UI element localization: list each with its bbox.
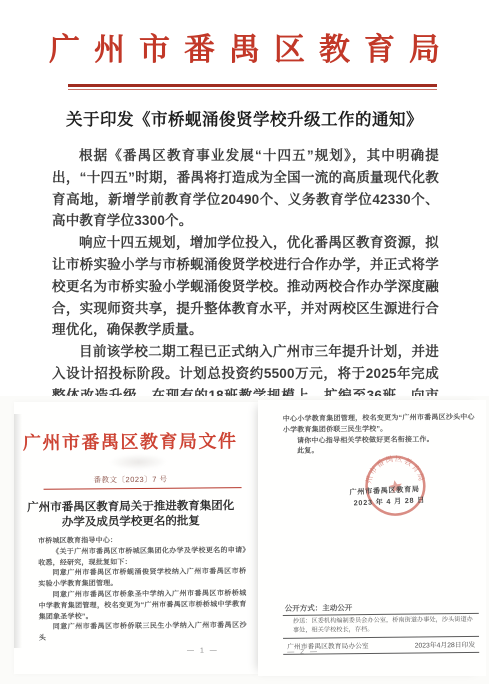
doc-title-line: 办学及成员学校更名的批复 [14,514,248,531]
doc-title: 广州市番禺区教育局关于推进教育集团化 办学及成员学校更名的批复 [14,499,248,531]
doc-red-separator [44,487,242,490]
doc2-body: 中心小学教育集团管理，校名变更为“广州市番禺区沙头中心小学教育集团侨联三民生学校… [283,413,475,458]
notice-paragraph: 响应十四五规划，增加学位投入，优化番禺区教育资源，拟让市桥实验小学与市桥蚬涌俊贤… [52,232,439,341]
doc-red-header: 广州市番禺区教育局文件 [13,427,247,455]
doc-title-line: 广州市番禺区教育局关于推进教育集团化 [14,499,248,516]
bureau-title: 广州市番禺区教育局 [0,24,489,69]
notice-paragraph: 根据《番禺区教育事业发展“十四五”规划》，其中明确提出，“十四五”时期，番禺将打… [52,145,439,232]
cc-text: 抄送：区委机构编制委员会办公室，桥南街道办事处，沙头街道办事处，相关学校校长，存… [283,614,479,639]
publicity-line: 公开方式：主动公开 [285,602,353,614]
doc-number: 番教文〔2023〕7 号 [13,473,247,486]
scanned-documents: 广州市番禺区教育局文件 番教文〔2023〕7 号 广州市番禺区教育局关于推进教育… [0,396,489,684]
doc-paragraph: 同意广州市番禺区市桥象圣中学纳入广州市番禺区市桥桥城中学教育集团管理，校名变更为… [38,589,246,623]
page-number: — 1 — [187,647,219,654]
title-divider [68,84,437,90]
doc-paragraph: 同意广州市番禺区市桥蚬涌俊贤学校纳入广州市番禺区市桥实验小学教育集团管理。 [38,567,246,590]
document-page-1: 广州市番禺区教育局文件 番教文〔2023〕7 号 广州市番禺区教育局关于推进教育… [14,402,258,674]
doc1-body: 市桥城区教育指导中心： 《关于广州市番禺区市桥城区集团化办学及学校更名的申请》收… [38,535,247,645]
notice-body: 根据《番禺区教育事业发展“十四五”规划》，其中明确提出，“十四五”时期，番禺将打… [52,145,439,428]
issue-date: 2023年4月28日印发 [415,639,476,650]
scan-smudge [109,454,167,471]
doc-paragraph: 同意广州市番禺区市桥侨联三民生小学纳入广州市番禺区沙头 [39,621,247,644]
document-page-2: 中心小学教育集团管理，校名变更为“广州市番禺区沙头中心小学教育集团侨联三民生学校… [258,400,486,676]
notice-subtitle: 关于印发《市桥蚬涌俊贤学校升级工作的通知》 [0,106,489,130]
doc-paragraph: 中心小学教育集团管理，校名变更为“广州市番禺区沙头中心小学教育集团侨联三民生学校… [283,413,475,437]
page-number: — 2 — [287,649,319,656]
article-page: 广州市番禺区教育局 关于印发《市桥蚬涌俊贤学校升级工作的通知》 根据《番禺区教育… [0,0,489,684]
doc-paragraph: 《关于广州市番禺区市桥城区集团化办学及学校更名的申请》收悉，经研究，现批复如下： [38,546,246,569]
